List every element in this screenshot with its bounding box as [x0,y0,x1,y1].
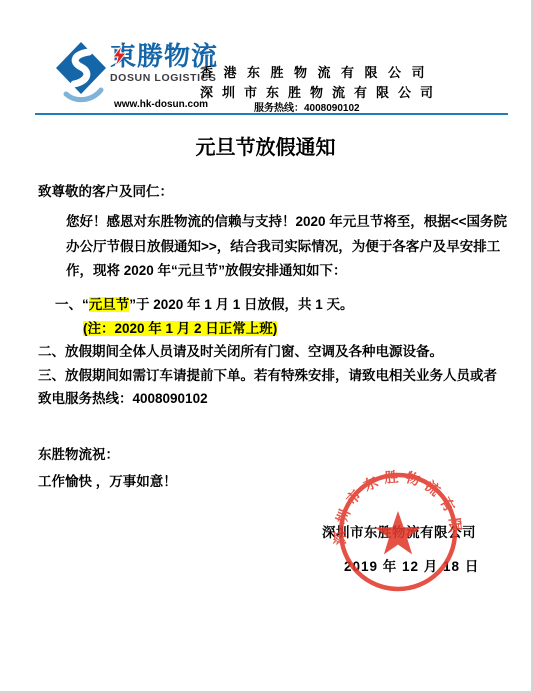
header-divider [35,113,508,115]
closing-line-2: 工作愉快 ，万事如意！ [38,468,177,495]
note-highlighted-text: (注：2020 年 1 月 2 日正常上班) [83,321,277,336]
list-item-1-note: (注：2020 年 1 月 2 日正常上班) [83,317,508,341]
salutation: 致尊敬的客户及同仁： [38,180,173,200]
website-url: www.hk-dosun.com [114,99,208,110]
logo-diamond-icon [54,40,108,106]
list-item-3: 三、放假期间如需订车请提前下单。若有特殊安排，请致电相关业务人员或者致电服务热线… [38,364,508,411]
company-name-hongkong: 香港东胜物流有限公司 [200,64,442,81]
service-hotline: 服务热线：4008090102 [254,99,360,114]
holiday-arrangement-list: 一、“元旦节”于 2020 年 1 月 1 日放假，共 1 天。 (注：2020… [38,293,508,411]
opening-paragraph: 您好！感恩对东胜物流的信赖与支持！2020 年元旦节将至，根据<<国务院办公厅节… [66,210,510,284]
item1-highlighted-text: 元旦节 [89,297,130,312]
closing-line-1: 东胜物流祝： [38,441,177,468]
seal-star-icon [375,511,421,554]
list-item-2: 二、放假期间全体人员请及时关闭所有门窗、空调及各种电源设备。 [38,340,508,364]
item1-suffix: ”于 2020 年 1 月 1 日放假，共 1 天。 [129,297,353,312]
item1-prefix: 一、“ [55,297,89,312]
header-company-names: 香港东胜物流有限公司 深圳市东胜物流有限公司 [200,64,442,101]
notice-title: 元旦节放假通知 [0,131,531,160]
lightning-icon [113,45,126,67]
company-seal-stamp: 深圳市东胜物流有限公司 [333,467,463,597]
notice-page: 東勝物流 DOSUN LOGISTICS 香港东胜物流有限公司 深圳市东胜物流有… [0,0,534,694]
closing-wishes: 东胜物流祝： 工作愉快 ，万事如意！ [38,441,177,495]
list-item-1: 一、“元旦节”于 2020 年 1 月 1 日放假，共 1 天。 [55,293,508,317]
